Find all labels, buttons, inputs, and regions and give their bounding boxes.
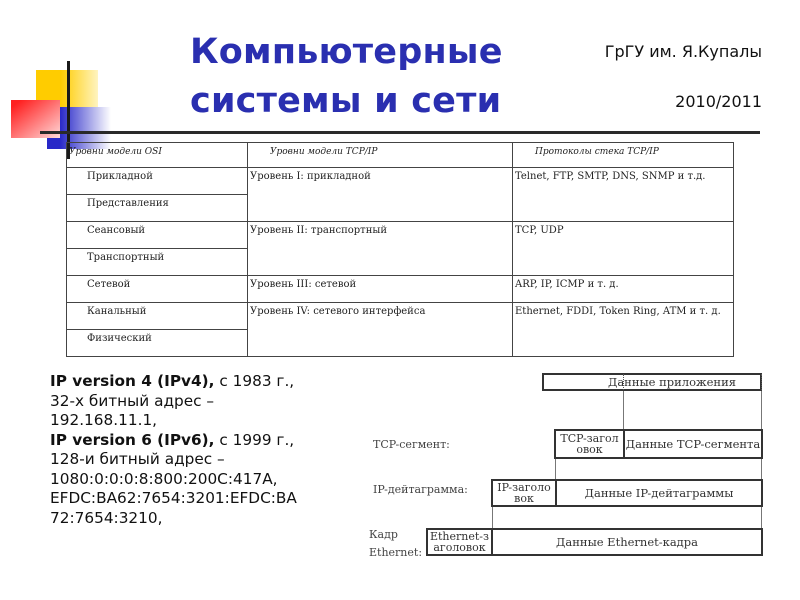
tcpip-layer: Уровень II: транспортный <box>248 222 513 276</box>
slide-title-line1: Компьютерные <box>190 28 503 77</box>
protocols: ARP, IP, ICMP и т. д. <box>513 276 734 303</box>
ipv4-title: IP version 4 (IPv4), <box>50 372 214 390</box>
app-data-right-boundary <box>761 374 762 390</box>
protocols: Ethernet, FDDI, Token Ring, ATM и т. д. <box>513 303 734 357</box>
ip-header-box: IP-заголовок <box>491 479 557 507</box>
protocols: Telnet, FTP, SMTP, DNS, SNMP и т.д. <box>513 168 734 222</box>
eth-data-label: Данные Ethernet-кадра <box>556 537 698 548</box>
header-tcpip: Уровни модели TCP/IP <box>248 143 513 168</box>
eth-frame-label-line2: Ethernet: <box>369 544 422 562</box>
header-protocols: Протоколы стека TCP/IP <box>513 143 734 168</box>
ip-data-box: Данные IP-дейтаграммы <box>555 479 763 507</box>
eth-frame-label-line1: Кадр <box>369 526 422 544</box>
header-divider-line <box>40 131 760 134</box>
tcp-header-box: TCP-заголовок <box>554 429 625 459</box>
app-data-left-boundary <box>623 374 624 390</box>
table-row: Сетевой Уровень III: сетевой ARP, IP, IC… <box>67 276 734 303</box>
encapsulation-diagram: Данные приложения TCP-сегмент: TCP-загол… <box>360 368 790 568</box>
tcpip-layer: Уровень I: прикладной <box>248 168 513 222</box>
ipv6-example-line3: 72:7654:3210, <box>50 509 360 529</box>
osi-layer: Канальный <box>67 303 248 330</box>
osi-layer: Физический <box>67 330 248 357</box>
table-row: Сеансовый Уровень II: транспортный TCP, … <box>67 222 734 249</box>
app-data-box: Данные приложения <box>542 373 762 391</box>
osi-layer: Прикладной <box>67 168 248 195</box>
ipv6-example-line2: EFDC:BA62:7654:3201:EFDC:BA <box>50 489 360 509</box>
header-osi: Уровни модели OSI <box>67 143 248 168</box>
table-row: Канальный Уровень IV: сетевого интерфейс… <box>67 303 734 330</box>
arrow-ip-eth-right <box>761 507 762 528</box>
osi-layer: Сеансовый <box>67 222 248 249</box>
ip-data-label: Данные IP-дейтаграммы <box>585 488 734 499</box>
app-data-label: Данные приложения <box>608 377 736 388</box>
arrow-ip-eth-left <box>492 507 493 528</box>
arrow-tcp-ip-right <box>761 459 762 480</box>
slide-title-line2: системы и сети <box>190 77 503 126</box>
protocols: TCP, UDP <box>513 222 734 276</box>
academic-year: 2010/2011 <box>675 92 762 111</box>
tcpip-layer: Уровень III: сетевой <box>248 276 513 303</box>
eth-header-label: Ethernet-заголовок <box>429 531 491 553</box>
tcp-segment-label: TCP-сегмент: <box>373 436 450 454</box>
ipv4-since: с 1983 г., <box>214 372 294 390</box>
tcp-data-label: Данные TCP-сегмента <box>626 439 761 450</box>
tcp-data-box: Данные TCP-сегмента <box>623 429 763 459</box>
ipv6-title: IP version 6 (IPv6), <box>50 431 214 449</box>
osi-layer: Представления <box>67 195 248 222</box>
table-row: Прикладной Уровень I: прикладной Telnet,… <box>67 168 734 195</box>
ip-header-label: IP-заголовок <box>496 482 552 504</box>
ipv6-description: 128-и битный адрес – <box>50 450 360 470</box>
ipv6-since: с 1999 г., <box>214 431 294 449</box>
ipv4-description: 32-х битный адрес – <box>50 392 360 412</box>
osi-layer: Транспортный <box>67 249 248 276</box>
ip-versions-text: IP version 4 (IPv4), с 1983 г., 32-х бит… <box>50 372 360 528</box>
ipv4-example: 192.168.11.1, <box>50 411 360 431</box>
eth-frame-label: Кадр Ethernet: <box>369 526 422 562</box>
osi-layer: Сетевой <box>67 276 248 303</box>
arrow-app-tcp-left <box>623 391 624 429</box>
arrow-tcp-ip-left <box>555 459 556 480</box>
eth-data-box: Данные Ethernet-кадра <box>491 528 763 556</box>
slide-title: Компьютерные системы и сети <box>190 28 503 126</box>
ip-datagram-label: IP-дейтаграмма: <box>373 481 468 499</box>
ipv6-example-line1: 1080:0:0:0:8:800:200C:417A, <box>50 470 360 490</box>
table-header-row: Уровни модели OSI Уровни модели TCP/IP П… <box>67 143 734 168</box>
arrow-app-tcp-right <box>761 391 762 429</box>
organization-name: ГрГУ им. Я.Купалы <box>605 42 762 61</box>
tcp-header-label: TCP-заголовок <box>560 433 620 455</box>
tcpip-layer: Уровень IV: сетевого интерфейса <box>248 303 513 357</box>
eth-header-box: Ethernet-заголовок <box>426 528 493 556</box>
osi-tcpip-table: Уровни модели OSI Уровни модели TCP/IP П… <box>66 142 734 357</box>
